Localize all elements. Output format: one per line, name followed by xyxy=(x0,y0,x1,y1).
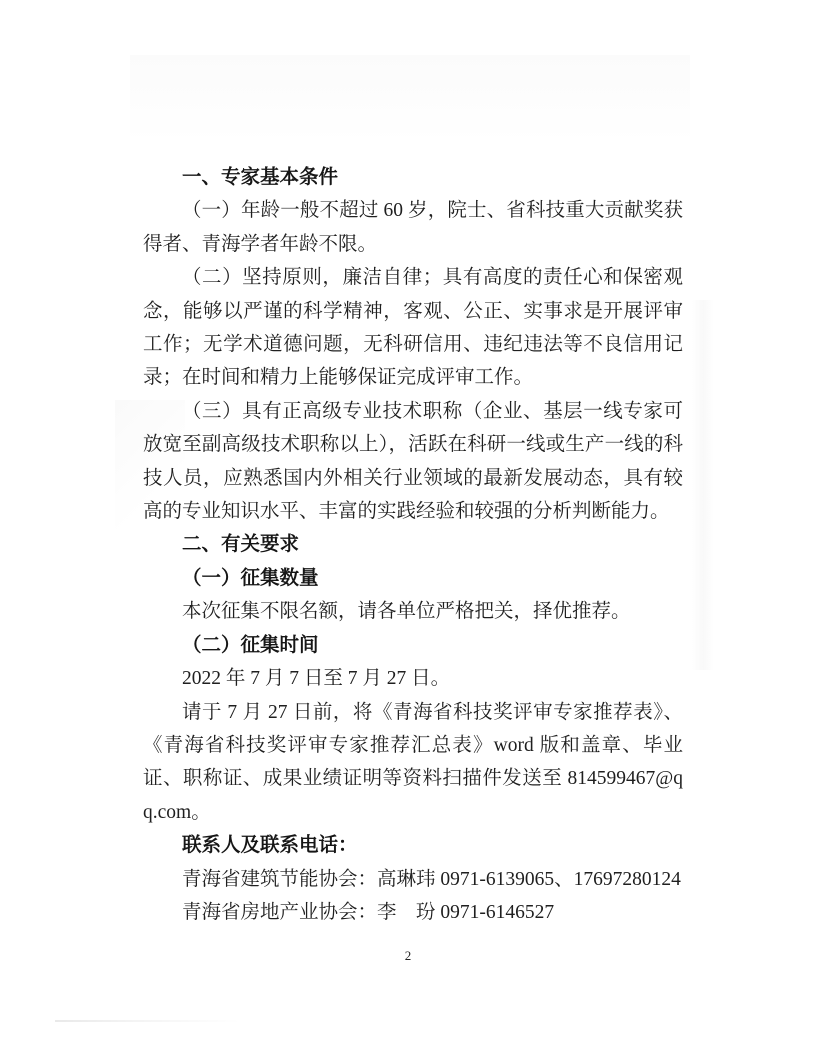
paragraph: （一）年龄一般不超过 60 岁，院士、省科技重大贡献奖获得者、青海学者年龄不限。 xyxy=(143,194,683,261)
paragraph: 2022 年 7 月 7 日至 7 月 27 日。 xyxy=(143,662,683,695)
section-heading: 二、有关要求 xyxy=(143,528,683,561)
page-number: 2 xyxy=(0,948,816,964)
section-heading: 一、专家基本条件 xyxy=(143,161,683,194)
paragraph: （二）坚持原则，廉洁自律；具有高度的责任心和保密观念，能够以严谨的科学精神，客观… xyxy=(143,261,683,395)
paragraph: 请于 7 月 27 日前，将《青海省科技奖评审专家推荐表》、《青海省科技奖评审专… xyxy=(143,696,683,830)
paragraph: 青海省建筑节能协会：高琳玮 0971-6139065、17697280124 xyxy=(143,863,683,896)
paragraph: 本次征集不限名额，请各单位严格把关，择优推荐。 xyxy=(143,595,683,628)
document-body: 一、专家基本条件（一）年龄一般不超过 60 岁，院士、省科技重大贡献奖获得者、青… xyxy=(143,161,683,929)
paragraph: （三）具有正高级专业技术职称（企业、基层一线专家可放宽至副高级技术职称以上），活… xyxy=(143,395,683,529)
scan-artifact-bottom-line xyxy=(55,1020,240,1022)
section-heading: 联系人及联系电话： xyxy=(143,829,683,862)
scan-artifact-top xyxy=(130,55,690,165)
document-page: 一、专家基本条件（一）年龄一般不超过 60 岁，院士、省科技重大贡献奖获得者、青… xyxy=(0,0,816,1056)
section-heading: （一）征集数量 xyxy=(143,562,683,595)
scan-artifact-right xyxy=(692,300,714,670)
paragraph: 青海省房地产业协会：李 玢 0971-6146527 xyxy=(143,896,683,929)
section-heading: （二）征集时间 xyxy=(143,629,683,662)
